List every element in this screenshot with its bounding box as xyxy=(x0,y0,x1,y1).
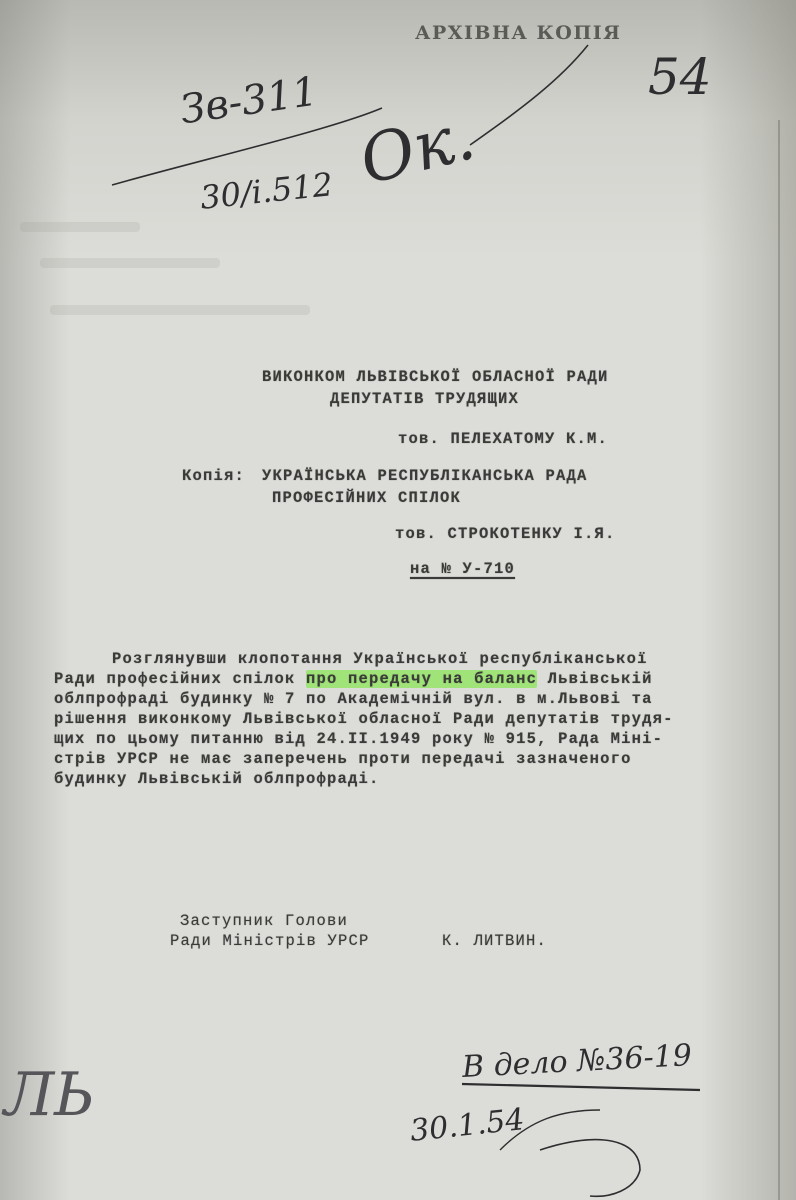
body-line-4: рішення виконкому Львівської обласної Ра… xyxy=(54,710,674,728)
handwritten-approval-mark: Ок. xyxy=(352,97,482,199)
signatory-name: К. ЛИТВИН. xyxy=(442,932,547,950)
signature-title-1: Заступник Голови xyxy=(180,912,348,930)
handwritten-file-date: 30.1.54 xyxy=(408,1102,526,1149)
body-line-2-start: Ради професійних спілок xyxy=(54,670,306,688)
body-line-1: Розглянувши клопотання Української респу… xyxy=(112,650,648,668)
addressee-line-2: ДЕПУТАТІВ ТРУДЯЩИХ xyxy=(330,390,519,408)
signature-title-2: Ради Міністрів УРСР xyxy=(170,932,370,950)
handwritten-file-note: В дело №36-19 xyxy=(461,1038,692,1085)
reference-number: на № У-710 xyxy=(410,560,515,578)
body-line-7: будинку Львівській облпрофраді. xyxy=(54,770,380,788)
addressee-line-1: ВИКОНКОМ ЛЬВІВСЬКОЇ ОБЛАСНОЇ РАДИ xyxy=(262,368,609,386)
body-line-3: облпрофраді будинку № 7 по Академічній в… xyxy=(54,690,653,708)
handwritten-margin-mark: ЛЬ xyxy=(4,1060,95,1130)
page-fold-line xyxy=(778,120,780,1200)
body-line-6: стрів УРСР не має заперечень проти перед… xyxy=(54,750,632,768)
handwritten-page-number: 54 xyxy=(648,48,712,106)
copy-line-1: УКРАЇНСЬКА РЕСПУБЛІКАНСЬКА РАДА xyxy=(262,467,588,485)
body-line-2-end: Львівській xyxy=(537,670,653,688)
addressee-person: тов. ПЕЛЕХАТОМУ К.М. xyxy=(398,430,608,448)
body-line-2: Ради професійних спілок про передачу на … xyxy=(54,670,653,688)
bleed-through-text xyxy=(50,305,310,315)
archive-copy-stamp: АРХІВНА КОПІЯ xyxy=(415,22,621,44)
bleed-through-text xyxy=(40,258,220,268)
copy-line-2: ПРОФЕСІЙНИХ СПІЛОК xyxy=(272,489,461,507)
handwritten-reference-bottom: 30/і.512 xyxy=(198,165,334,217)
document-page: АРХІВНА КОПІЯ Зв-311 30/і.512 Ок. 54 В д… xyxy=(0,0,796,1200)
copy-label: Копія: xyxy=(182,467,245,485)
highlighted-phrase: про передачу на баланс xyxy=(306,670,537,688)
copy-person: тов. СТРОКОТЕНКУ І.Я. xyxy=(395,525,616,543)
body-line-5: щих по цьому питанню від 24.II.1949 року… xyxy=(54,730,663,748)
handwritten-reference-top: Зв-311 xyxy=(177,69,320,134)
bleed-through-text xyxy=(20,222,140,232)
